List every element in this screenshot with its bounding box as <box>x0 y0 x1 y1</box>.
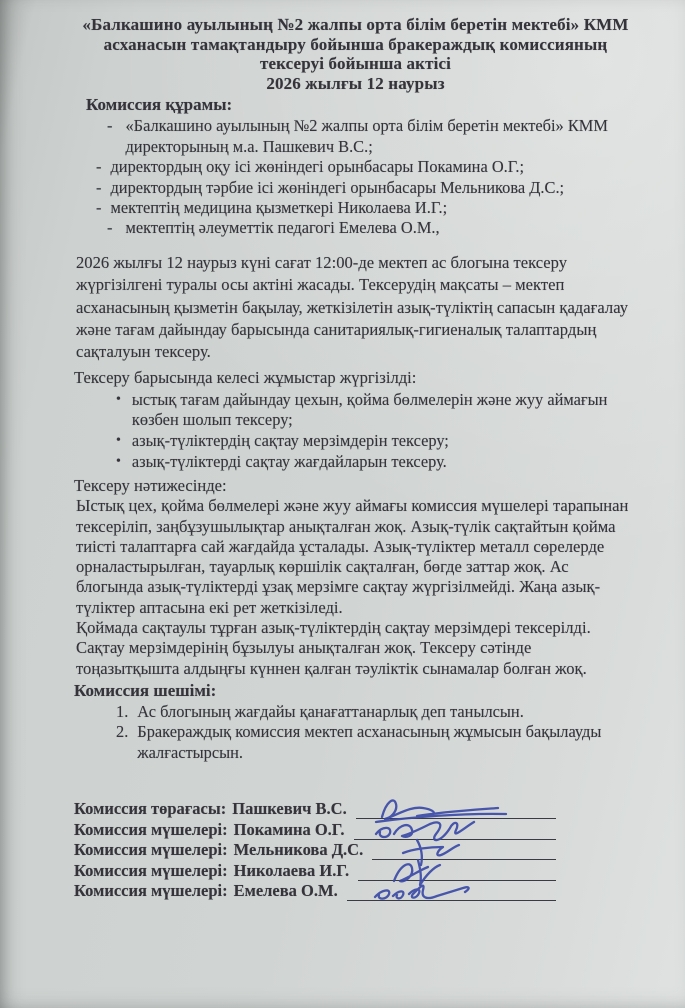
signature-role: Комиссия төрағасы: <box>74 799 226 819</box>
signature-block: Комиссия төрағасы: Пашкевич В.С. Комисси… <box>74 799 556 902</box>
intro-paragraph: 2026 жылғы 12 наурыз күні сағат 12:00-де… <box>76 252 637 364</box>
signature-person: Покамина О.Г. <box>234 820 345 840</box>
list-item: 1. Ас блогының жағдайы қанағаттанарлық д… <box>74 702 637 723</box>
decision-list: 1. Ас блогының жағдайы қанағаттанарлық д… <box>74 702 637 764</box>
signature-role: Комиссия мүшелері: <box>74 820 228 840</box>
list-item: • ыстық тағам дайындау цехын, қойма бөлм… <box>74 390 637 431</box>
title-line: тексеруі бойынша актісі <box>74 54 637 74</box>
list-item: - «Балкашино ауылының №2 жалпы орта білі… <box>74 116 637 157</box>
member-text: «Балкашино ауылының №2 жалпы орта білім … <box>125 116 637 157</box>
work-text: азық-түліктердің сақтау мерзімдерін текс… <box>132 431 449 452</box>
work-text: ыстық тағам дайындау цехын, қойма бөлмел… <box>132 390 637 431</box>
dash-marker: - <box>96 178 101 198</box>
composition-heading: Комиссия құрамы: <box>86 95 637 115</box>
bullet-marker: • <box>116 452 121 473</box>
member-text: директордың тәрбие ісі жөніндегі орынбас… <box>110 178 564 198</box>
bullet-marker: • <box>116 390 121 431</box>
signature-person: Николаева И.Г. <box>234 861 350 881</box>
signature-row: Комиссия мүшелері: Емелева О.М. <box>74 881 556 902</box>
list-item: - мектептің медицина қызметкері Николаев… <box>74 198 637 218</box>
signature-line <box>347 887 556 901</box>
list-item: - директордың оқу ісі жөніндегі орынбаса… <box>74 157 637 177</box>
number-marker: 1. <box>116 702 128 723</box>
results-paragraph: Ыстық цех, қойма бөлмелері және жуу айма… <box>76 496 637 618</box>
signature-person: Пашкевич В.С. <box>232 799 346 819</box>
list-item: 2. Бракераждық комиссия мектеп асханасын… <box>74 722 637 763</box>
decision-text: Ас блогының жағдайы қанағаттанарлық деп … <box>137 702 524 723</box>
number-marker: 2. <box>116 722 128 763</box>
member-text: мектептің медицина қызметкері Николаева … <box>110 198 447 218</box>
title-line: «Балкашино ауылының №2 жалпы орта білім … <box>74 15 637 35</box>
list-item: • азық-түліктерді сақтау жағдайларын тек… <box>74 452 637 473</box>
title-line: асханасын тамақтандыру бойынша бракеражд… <box>74 35 637 55</box>
scanned-document-page: «Балкашино ауылының №2 жалпы орта білім … <box>0 0 685 1008</box>
dash-marker: - <box>96 198 101 218</box>
results-heading: Тексеру нәтижесінде: <box>74 475 637 496</box>
signature-role: Комиссия мүшелері: <box>74 840 228 860</box>
decision-heading: Комиссия шешімі: <box>74 681 637 701</box>
dash-marker: - <box>96 157 101 177</box>
list-item: - мектептің әлеуметтік педагогі Емелева … <box>74 218 637 238</box>
work-text: азық-түліктерді сақтау жағдайларын тексе… <box>132 452 447 473</box>
document-content: «Балкашино ауылының №2 жалпы орта білім … <box>0 0 685 901</box>
document-title: «Балкашино ауылының №2 жалпы орта білім … <box>74 15 637 93</box>
member-text: директордың оқу ісі жөніндегі орынбасары… <box>110 157 524 177</box>
bullet-marker: • <box>116 431 121 452</box>
works-list: • ыстық тағам дайындау цехын, қойма бөлм… <box>74 390 637 472</box>
decision-text: Бракераждық комиссия мектеп асханасының … <box>137 722 637 763</box>
signature-role: Комиссия мүшелері: <box>74 861 228 881</box>
signature-person: Емелева О.М. <box>234 881 338 901</box>
dash-marker: - <box>107 218 112 238</box>
list-item: - директордың тәрбие ісі жөніндегі орынб… <box>74 178 637 198</box>
dash-marker: - <box>107 116 112 157</box>
signature-person: Мельникова Д.С. <box>234 840 364 860</box>
commission-members-list: - «Балкашино ауылының №2 жалпы орта білі… <box>74 116 637 238</box>
document-date: 2026 жылғы 12 наурыз <box>74 74 637 94</box>
list-item: • азық-түліктердің сақтау мерзімдерін те… <box>74 431 637 452</box>
signature-role: Комиссия мүшелері: <box>74 881 228 901</box>
member-text: мектептің әлеуметтік педагогі Емелева О.… <box>125 218 439 238</box>
results-paragraph: Қоймада сақтаулы тұрған азық-түліктердің… <box>76 618 637 679</box>
works-heading: Тексеру барысында келесі жұмыстар жүргіз… <box>74 367 637 388</box>
signature-scribble-icon <box>359 875 509 909</box>
